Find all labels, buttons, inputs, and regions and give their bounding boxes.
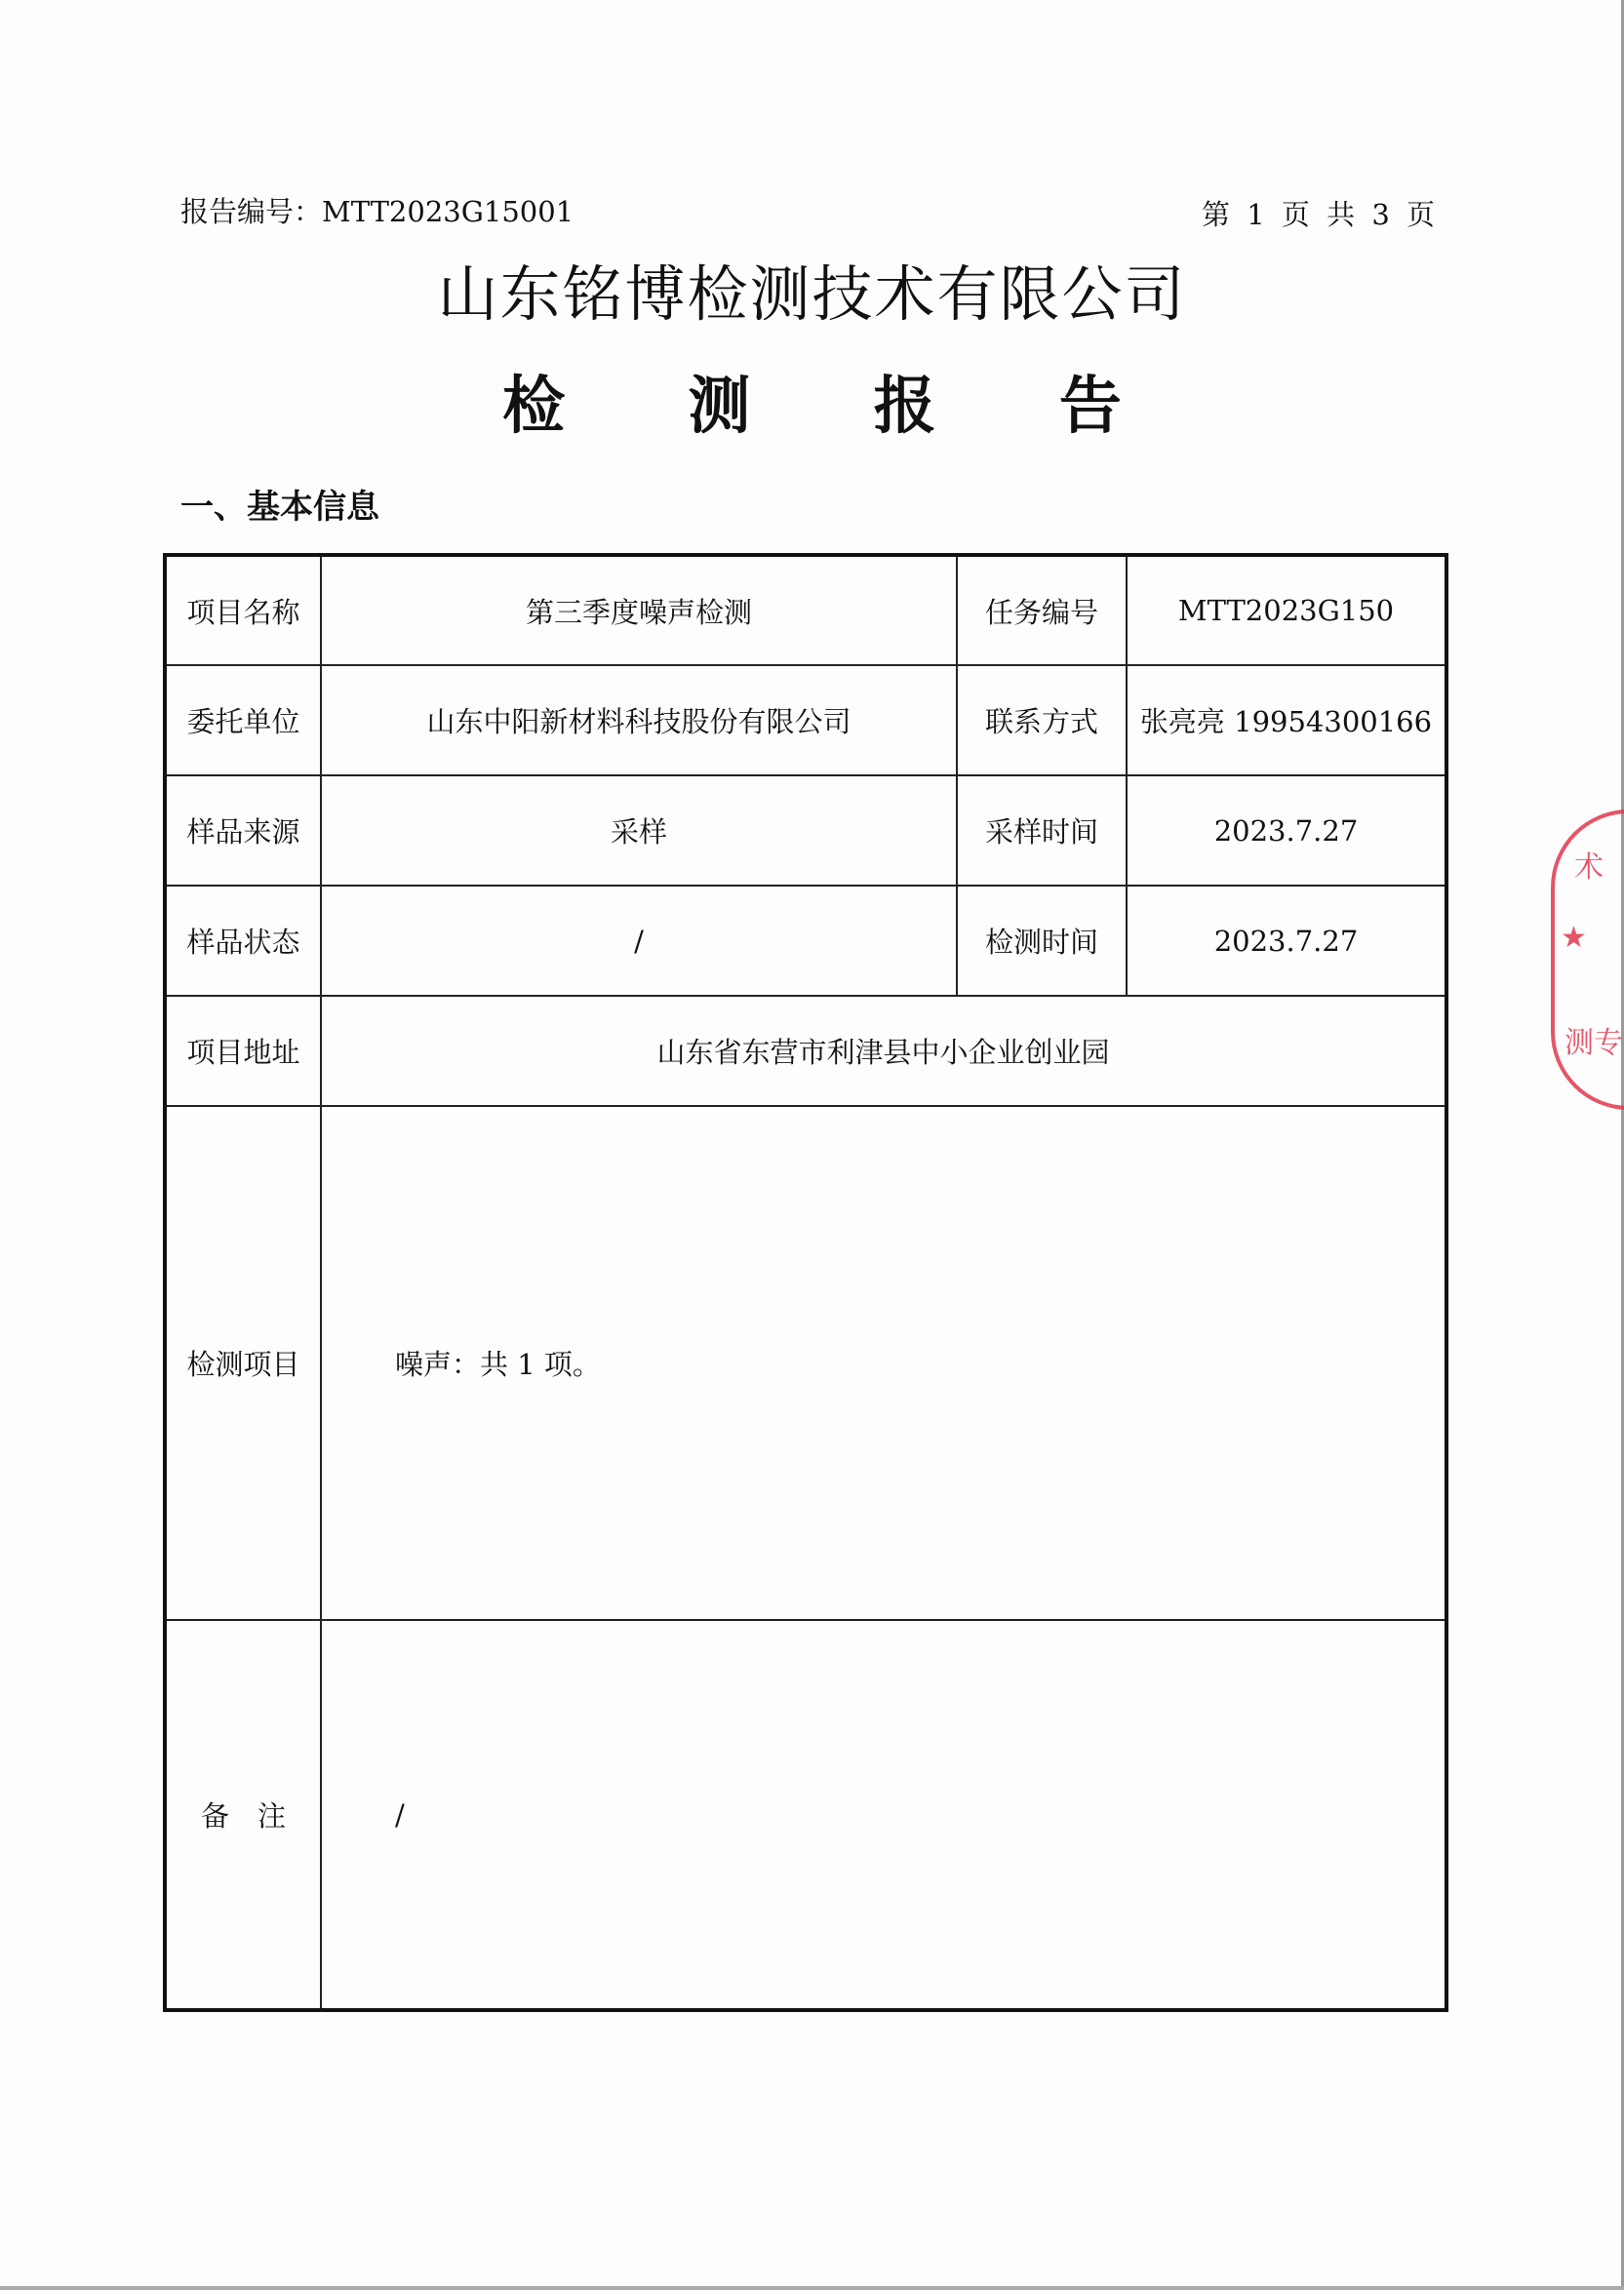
page-info: 第 1 页 共 3 页 — [1202, 193, 1439, 233]
sample-state-label: 样品状态 — [165, 886, 321, 996]
star-icon: ★ — [1561, 921, 1587, 955]
official-seal-stamp: 术 ★ 测专 — [1551, 809, 1624, 1110]
table-row: 备 注 / — [165, 1620, 1446, 2010]
client-label: 委托单位 — [165, 665, 321, 775]
section-title: 一、基本信息 — [180, 480, 379, 528]
sample-state-value: / — [321, 886, 957, 996]
basic-info-table: 项目名称 第三季度噪声检测 任务编号 MTT2023G150 委托单位 山东中阳… — [163, 553, 1448, 2012]
report-number-label: 报告编号： — [180, 195, 322, 228]
test-time-value: 2023.7.27 — [1127, 886, 1446, 996]
table-row: 项目名称 第三季度噪声检测 任务编号 MTT2023G150 — [165, 555, 1446, 665]
sample-source-value: 采样 — [321, 775, 957, 886]
sampling-time-value: 2023.7.27 — [1127, 775, 1446, 886]
contact-label: 联系方式 — [957, 665, 1127, 775]
table-row: 委托单位 山东中阳新材料科技股份有限公司 联系方式 张亮亮 1995430016… — [165, 665, 1446, 775]
address-label: 项目地址 — [165, 996, 321, 1106]
remarks-value: / — [321, 1620, 1446, 2010]
page-bottom-edge — [0, 2286, 1624, 2290]
stamp-text-top: 术 — [1574, 843, 1604, 886]
project-name-value: 第三季度噪声检测 — [321, 555, 957, 665]
sample-source-label: 样品来源 — [165, 775, 321, 886]
project-name-label: 项目名称 — [165, 555, 321, 665]
contact-value: 张亮亮 19954300166 — [1127, 665, 1446, 775]
test-items-label: 检测项目 — [165, 1106, 321, 1620]
test-items-value: 噪声：共 1 项。 — [321, 1106, 1446, 1620]
stamp-text-bottom: 测专 — [1565, 1018, 1623, 1061]
client-value: 山东中阳新材料科技股份有限公司 — [321, 665, 957, 775]
company-name: 山东铭博检测技术有限公司 — [0, 246, 1624, 333]
remarks-label: 备 注 — [165, 1620, 321, 2010]
test-time-label: 检测时间 — [957, 886, 1127, 996]
report-number-value: MTT2023G15001 — [322, 195, 574, 228]
task-no-value: MTT2023G150 — [1127, 555, 1446, 665]
table-row: 样品来源 采样 采样时间 2023.7.27 — [165, 775, 1446, 886]
sampling-time-label: 采样时间 — [957, 775, 1127, 886]
address-value: 山东省东营市利津县中小企业创业园 — [321, 996, 1446, 1106]
table-row: 项目地址 山东省东营市利津县中小企业创业园 — [165, 996, 1446, 1106]
table-row: 检测项目 噪声：共 1 项。 — [165, 1106, 1446, 1620]
table-row: 样品状态 / 检测时间 2023.7.27 — [165, 886, 1446, 996]
task-no-label: 任务编号 — [957, 555, 1127, 665]
report-number: 报告编号：MTT2023G15001 — [180, 190, 574, 230]
document-title: 检 测 报 告 — [0, 356, 1624, 446]
